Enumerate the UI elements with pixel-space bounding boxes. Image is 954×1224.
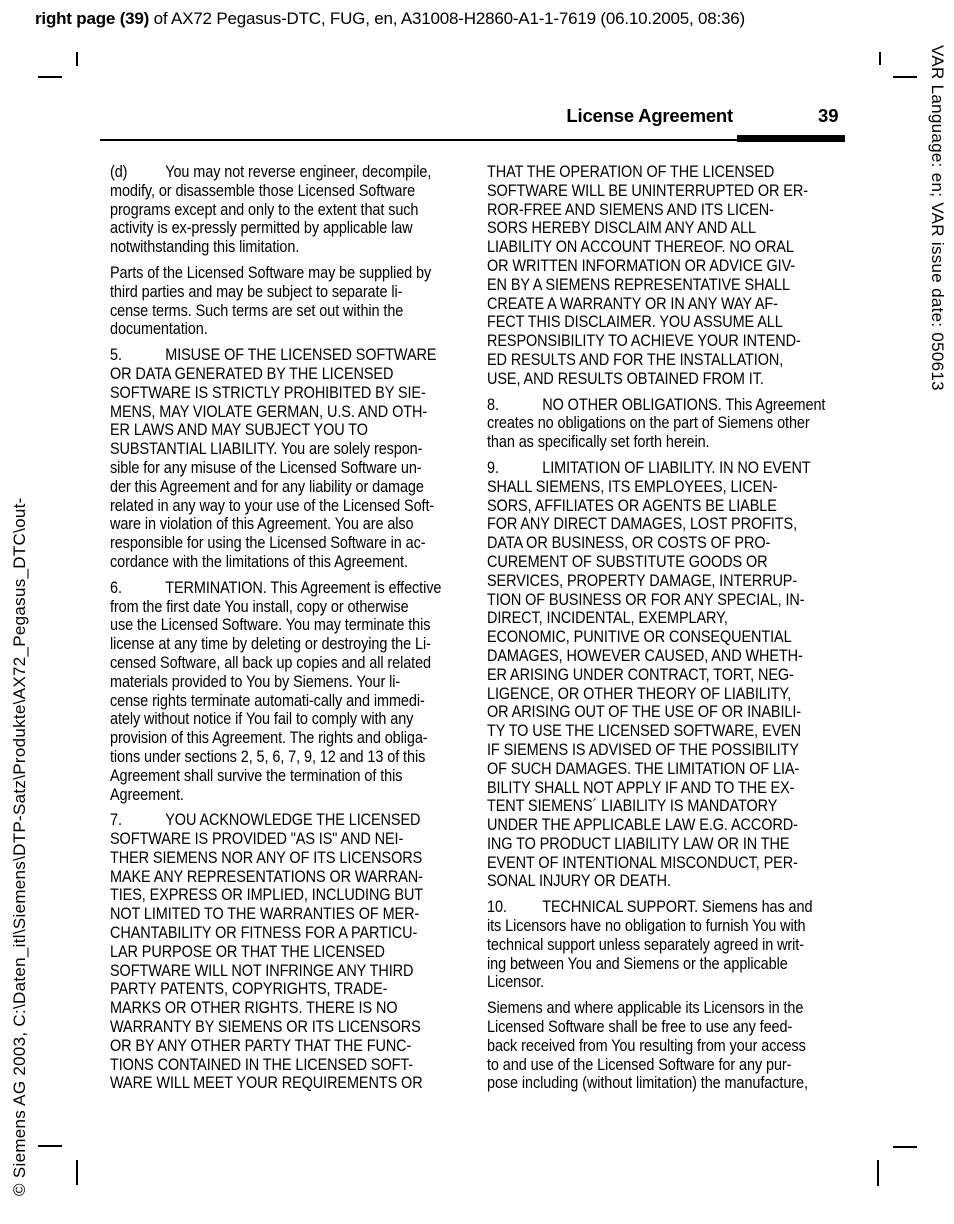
paragraph-text: YOU ACKNOWLEDGE THE LICENSED SOFTWARE IS… [110,810,423,1092]
paragraph-text: THAT THE OPERATION OF THE LICENSED SOFTW… [487,162,808,388]
item-number: 5. [110,346,165,365]
crop-mark-top-left-vertical [76,52,78,66]
proof-header: right page (39) of AX72 Pegasus-DTC, FUG… [35,9,745,29]
paragraph-text: Parts of the Licensed Software may be su… [110,263,431,338]
crop-mark-bottom-right-vertical [877,1160,879,1186]
section-8-no-other-obligations: 8.NO OTHER OBLIGATIONS. This Agreement c… [487,396,887,452]
section-7-acknowledge: 7.YOU ACKNOWLEDGE THE LICENSED SOFTWARE … [110,811,510,1093]
crop-mark-bottom-right-horizontal [893,1146,917,1148]
item-number: 9. [487,459,542,478]
section-5-misuse: 5.MISUSE OF THE LICENSED SOFTWARE OR DAT… [110,346,510,572]
paragraph-text: Siemens and where applicable its Licenso… [487,998,808,1092]
paragraph-text: LIMITATION OF LIABILITY. IN NO EVENT SHA… [487,458,811,891]
paragraph-third-parties: Parts of the Licensed Software may be su… [110,264,510,339]
paragraph-text: TERMINATION. This Agreement is effective… [110,578,441,804]
paragraph-feedback: Siemens and where applicable its Licenso… [487,999,887,1093]
section-6-termination: 6.TERMINATION. This Agreement is effecti… [110,579,510,805]
copyright-path-margin-note: © Siemens AG 2003, C:\Daten_itl\Siemens\… [10,497,30,1196]
item-number: 7. [110,811,165,830]
right-column: THAT THE OPERATION OF THE LICENSED SOFTW… [487,163,954,1100]
item-number: 6. [110,579,165,598]
item-number: 10. [487,898,542,917]
proof-header-document-info: of AX72 Pegasus-DTC, FUG, en, A31008-H28… [149,9,745,28]
crop-mark-bottom-left-vertical [76,1160,78,1185]
section-7-continued: THAT THE OPERATION OF THE LICENSED SOFTW… [487,163,887,389]
section-10-technical-support: 10.TECHNICAL SUPPORT. Siemens has and it… [487,898,887,992]
paragraph-text: MISUSE OF THE LICENSED SOFTWARE OR DATA … [110,345,436,571]
crop-mark-bottom-left-horizontal [38,1145,62,1147]
header-rule-thick [737,135,845,142]
page-number: 39 [818,105,839,127]
header-rule-thin [100,139,845,141]
item-number: (d) [110,163,165,182]
proof-header-page-label: right page (39) [35,9,149,28]
crop-mark-top-right-horizontal [893,76,917,78]
crop-mark-top-left-horizontal [38,76,62,78]
crop-mark-top-right-vertical [879,52,881,65]
item-number: 8. [487,396,542,415]
section-9-limitation-of-liability: 9.LIMITATION OF LIABILITY. IN NO EVENT S… [487,459,887,891]
paragraph-d: (d)You may not reverse engineer, decompi… [110,163,510,257]
page-title: License Agreement [566,105,733,127]
